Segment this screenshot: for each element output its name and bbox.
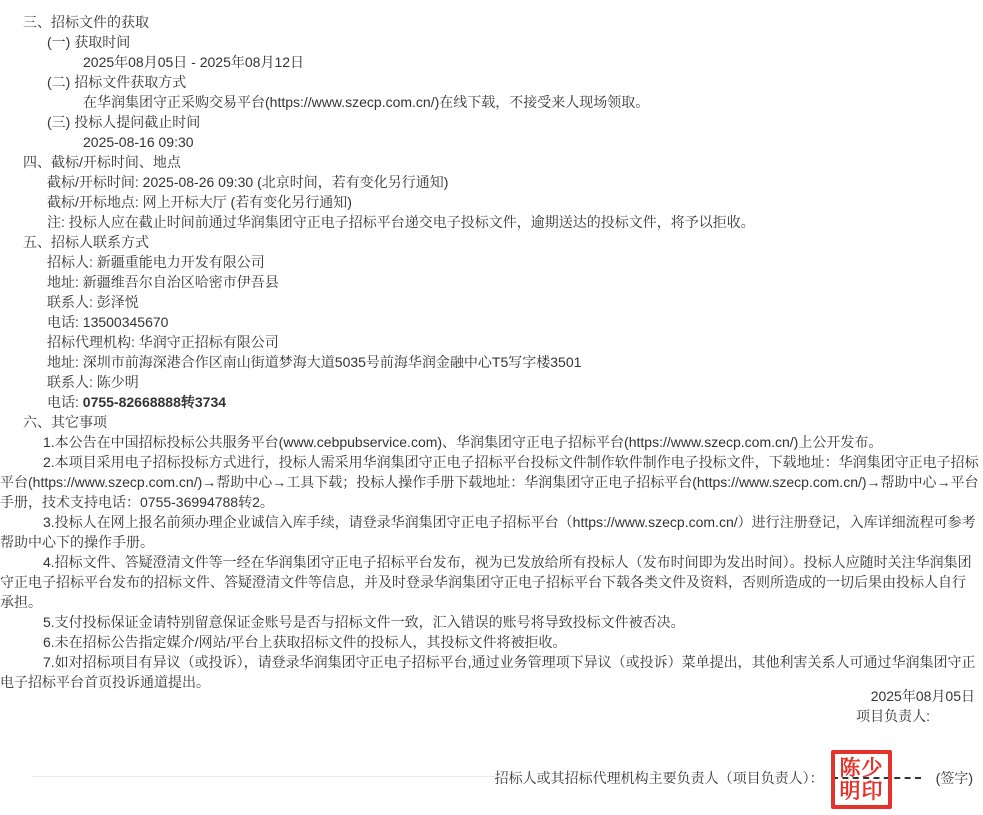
s5-agency: 招标代理机构: 华润守正招标有限公司 [0, 332, 983, 352]
s5-tenderer: 招标人: 新疆重能电力开发有限公司 [0, 252, 983, 272]
s5-agency-address: 地址: 深圳市前海深港合作区南山街道梦海大道5035号前海华润金融中心T5写字楼… [0, 352, 983, 372]
s3-item-3-content: 2025-08-16 09:30 [0, 132, 983, 152]
tender-announcement-page: { "colors": { "text": "#333333", "seal_r… [0, 0, 983, 815]
signature-label: 招标人或其招标代理机构主要负责人（项目负责人）： [495, 768, 824, 788]
seal-text-top: 陈少 [840, 757, 884, 780]
table-cell-divider [32, 776, 508, 777]
s3-item-1-label: (一) 获取时间 [0, 32, 983, 52]
phone-number: 0755-82668888转3734 [83, 394, 226, 410]
s4-note: 注: 投标人应在截止时间前通过华润集团守正电子招标平台递交电子投标文件，逾期送达… [0, 212, 983, 232]
section-6-title: 六、其它事项 [0, 412, 983, 432]
section-4-title: 四、截标/开标时间、地点 [0, 152, 983, 172]
s3-item-3-label: (三) 投标人提问截止时间 [0, 112, 983, 132]
s3-item-2-content: 在华润集团守正采购交易平台(https://www.szecp.com.cn/)… [0, 92, 983, 112]
s5-agency-phone: 电话: 0755-82668888转3734 [0, 392, 983, 412]
s6-paragraph-6: 6.未在招标公告指定媒介/网站/平台上获取招标文件的投标人，其投标文件将被拒收。 [0, 632, 983, 652]
s6-paragraph-5: 5.支付投标保证金请特别留意保证金账号是否与招标文件一致，汇入错误的账号将导致投… [0, 612, 983, 632]
s3-item-1-content: 2025年08月05日 - 2025年08月12日 [0, 52, 983, 72]
s5-tenderer-address: 地址: 新疆维吾尔自治区哈密市伊吾县 [0, 272, 983, 292]
s6-paragraph-2: 2.本项目采用电子招标投标方式进行，投标人需采用华润集团守正电子招标平台投标文件… [0, 452, 983, 512]
section-5-title: 五、招标人联系方式 [0, 232, 983, 252]
seal-text-bottom: 明印 [840, 780, 884, 803]
project-manager-label: 项目负责人: [0, 706, 983, 726]
s4-opening-place: 截标/开标地点: 网上开标大厅 (若有变化另行通知) [0, 192, 983, 212]
s5-tenderer-phone: 电话: 13500345670 [0, 312, 983, 332]
s6-paragraph-3: 3.投标人在网上报名前须办理企业诚信入库手续，请登录华润集团守正电子招标平台（h… [0, 512, 983, 552]
s6-paragraph-4: 4.招标文件、答疑澄清文件等一经在华润集团守正电子招标平台发布，视为已发放给所有… [0, 552, 983, 612]
s6-paragraph-1: 1.本公告在中国招标投标公共服务平台(www.cebpubservice.com… [0, 432, 983, 452]
s5-tenderer-contact: 联系人: 彭泽悦 [0, 292, 983, 312]
phone-label: 电话: [47, 394, 83, 410]
signature-suffix: (签字) [936, 768, 973, 788]
section-3-title: 三、招标文件的获取 [0, 12, 983, 32]
announcement-date: 2025年08月05日 [0, 686, 983, 706]
s5-agency-contact: 联系人: 陈少明 [0, 372, 983, 392]
s4-deadline-time: 截标/开标时间: 2025-08-26 09:30 (北京时间，若有变化另行通知… [0, 172, 983, 192]
s3-item-2-label: (二) 招标文件获取方式 [0, 72, 983, 92]
name-seal: 陈少 明印 [831, 750, 892, 809]
